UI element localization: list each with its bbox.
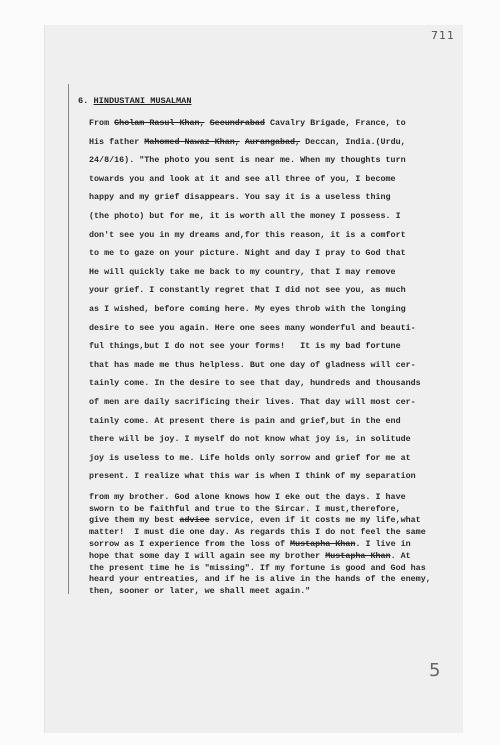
text-line: tainly come. At present there is pain an… (89, 412, 459, 431)
text-line: towards you and look at it and see all t… (89, 170, 459, 189)
text-span: . At (391, 551, 411, 561)
text-span: joy is useless to me. Life holds only so… (89, 453, 411, 463)
struck-text: Gholam Rasul Khan, (114, 118, 204, 128)
text-line: heard your entreaties, and if he is aliv… (89, 574, 459, 586)
text-span: present. I realize what this war is when… (89, 471, 416, 481)
text-span: of men are daily sacrificing their lives… (89, 397, 416, 407)
text-line: 24/8/16). "The photo you sent is near me… (89, 151, 459, 170)
text-span: as I wished, before coming here. My eyes… (89, 304, 406, 314)
text-span: sworn to be faithful and true to the Sir… (89, 504, 401, 514)
text-span: sorrow as I experience from the loss of (89, 539, 290, 549)
text-span: His father (89, 137, 144, 147)
text-line: present. I realize what this war is when… (89, 467, 459, 486)
struck-text: Secundrabad (210, 118, 265, 128)
section-heading: 6. HINDUSTANI MUSALMAN (78, 96, 192, 106)
text-span: don't see you in my dreams and,for this … (89, 230, 406, 240)
text-span: the present time he is "missing". If my … (89, 563, 426, 573)
text-line: desire to see you again. Here one sees m… (89, 319, 459, 338)
text-span: tainly come. At present there is pain an… (89, 416, 401, 426)
text-line: that has made me thus helpless. But one … (89, 356, 459, 375)
text-line: then, sooner or later, we shall meet aga… (89, 586, 459, 598)
text-span: to me to gaze on your picture. Night and… (89, 248, 406, 258)
text-line: joy is useless to me. Life holds only so… (89, 449, 459, 468)
struck-text: Mustapha Khan (325, 551, 390, 561)
struck-text: Aurangabad, (245, 137, 300, 147)
text-span: service, even if it costs me my life,wha… (210, 515, 421, 525)
section-number: 6. (78, 96, 88, 106)
text-span: happy and my grief disappears. You say i… (89, 192, 391, 202)
text-line: from my brother. God alone knows how I e… (89, 492, 459, 504)
text-span: from my brother. God alone knows how I e… (89, 492, 406, 502)
text-span: . I live in (355, 539, 410, 549)
text-line: ful things,but I do not see your forms! … (89, 337, 459, 356)
text-line: there will be joy. I myself do not know … (89, 430, 459, 449)
text-line: hope that some day I will again see my b… (89, 551, 459, 563)
text-span: your grief. I constantly regret that I d… (89, 285, 406, 295)
text-span: towards you and look at it and see all t… (89, 174, 396, 184)
text-line: From Gholam Rasul Khan, Secundrabad Cava… (89, 114, 459, 133)
text-line: as I wished, before coming here. My eyes… (89, 300, 459, 319)
struck-text: advice (179, 515, 209, 525)
margin-line (68, 84, 69, 594)
text-line: tainly come. In the desire to see that d… (89, 374, 459, 393)
text-span: Cavalry Brigade, France, to (265, 118, 406, 128)
text-line: to me to gaze on your picture. Night and… (89, 244, 459, 263)
text-span: (the photo) but for me, it is worth all … (89, 211, 401, 221)
text-span: From (89, 118, 114, 128)
text-line: the present time he is "missing". If my … (89, 563, 459, 575)
letter-body: From Gholam Rasul Khan, Secundrabad Cava… (89, 114, 459, 598)
folio-mark: 5 (429, 660, 440, 681)
text-span: tainly come. In the desire to see that d… (89, 378, 421, 388)
text-line: sworn to be faithful and true to the Sir… (89, 504, 459, 516)
text-span: give them my best (89, 515, 179, 525)
text-span: Deccan, India.(Urdu, (300, 137, 406, 147)
text-span: ful things,but I do not see your forms! … (89, 341, 401, 351)
text-line: sorrow as I experience from the loss of … (89, 539, 459, 551)
section-title: HINDUSTANI MUSALMAN (94, 96, 192, 106)
text-line: don't see you in my dreams and,for this … (89, 226, 459, 245)
text-line: His father Mahomed Nawaz Khan, Aurangaba… (89, 133, 459, 152)
text-span: then, sooner or later, we shall meet aga… (89, 586, 310, 596)
struck-text: Mahomed Nawaz Khan, (144, 137, 240, 147)
text-line: He will quickly take me back to my count… (89, 263, 459, 282)
text-line: give them my best advice service, even i… (89, 515, 459, 527)
text-span: heard your entreaties, and if he is aliv… (89, 574, 431, 584)
text-line: (the photo) but for me, it is worth all … (89, 207, 459, 226)
text-span: 24/8/16). "The photo you sent is near me… (89, 155, 406, 165)
struck-text: Mustapha Khan (290, 539, 355, 549)
text-line: of men are daily sacrificing their lives… (89, 393, 459, 412)
text-line: matter! I must die one day. As regards t… (89, 527, 459, 539)
text-span: that has made me thus helpless. But one … (89, 360, 416, 370)
text-span: desire to see you again. Here one sees m… (89, 323, 416, 333)
text-span: there will be joy. I myself do not know … (89, 434, 411, 444)
text-line: happy and my grief disappears. You say i… (89, 188, 459, 207)
text-span: He will quickly take me back to my count… (89, 267, 396, 277)
text-line: your grief. I constantly regret that I d… (89, 281, 459, 300)
page-number: 711 (431, 29, 455, 42)
text-span: matter! I must die one day. As regards t… (89, 527, 426, 537)
text-span: hope that some day I will again see my b… (89, 551, 325, 561)
